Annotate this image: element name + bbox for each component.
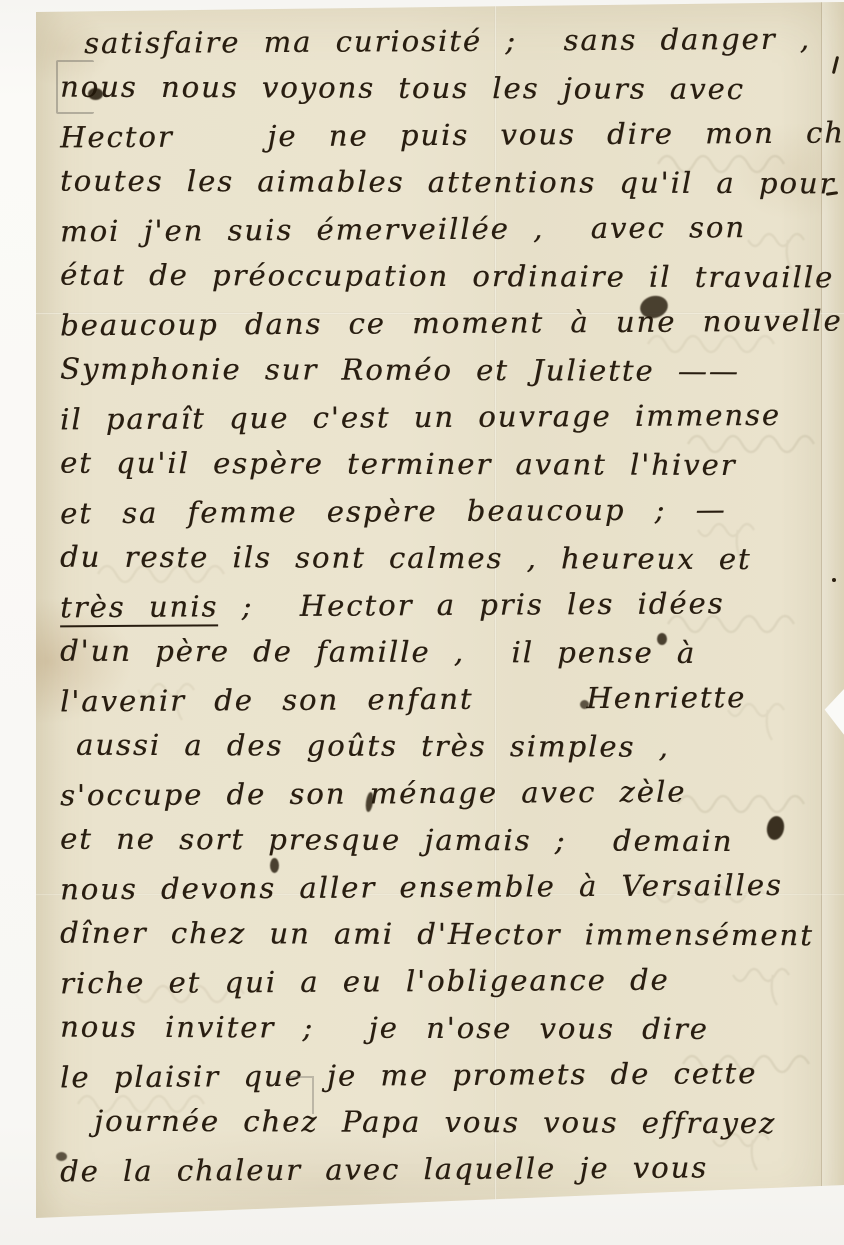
letter-line: dîner chez un ami d'Hector immensément: [42, 910, 844, 960]
ink-blot: [56, 1152, 67, 1161]
letter-line: Symphonie sur Roméo et Juliette ——: [42, 346, 844, 396]
ink-blot: [270, 858, 279, 873]
letter-line: il paraît que c'est un ouvrage immense: [42, 392, 844, 444]
letter-line-underlined: très unis ; Hector a pris les idées: [42, 580, 844, 632]
pencil-bracket-close: [286, 1076, 314, 1114]
letter-line: nous devons aller ensemble à Versailles: [42, 862, 844, 914]
letter-line: et qu'il espère terminer avant l'hiver: [42, 440, 844, 490]
ink-blot: [580, 700, 589, 709]
letter-line: Hector je ne puis vous dire mon cher: [42, 110, 844, 162]
letter-line: d'un père de famille , il pense à: [42, 628, 844, 678]
letter-body: satisfaire ma curiosité ; sans danger , …: [42, 18, 844, 1193]
edge-ink-mark: [832, 578, 836, 582]
ink-blot: [657, 633, 667, 645]
letter-line: moi j'en suis émerveillée , avec son: [42, 204, 844, 256]
letter-line: et ne sort presque jamais ; demain: [42, 816, 844, 866]
letter-line: et sa femme espère beaucoup ; —: [42, 486, 844, 538]
letter-line: état de préoccupation ordinaire il trava…: [42, 252, 844, 302]
letter-line: aussi a des goûts très simples ,: [42, 722, 844, 772]
letter-line: toutes les aimables attentions qu'il a p…: [42, 158, 844, 208]
letter-line: satisfaire ma curiosité ; sans danger ,: [42, 16, 844, 68]
letter-line: beaucoup dans ce moment à une nouvelle: [42, 298, 844, 350]
letter-line: journée chez Papa vous vous effrayez: [42, 1098, 844, 1148]
pencil-bracket-open: [56, 60, 94, 114]
letter-page: satisfaire ma curiosité ; sans danger , …: [32, 0, 844, 1224]
letter-line: riche et qui a eu l'obligeance de: [42, 956, 844, 1008]
underlined-phrase: très unis: [60, 589, 219, 627]
letter-line: s'occupe de son ménage avec zèle: [42, 768, 844, 820]
letter-line: du reste ils sont calmes , heureux et: [42, 534, 844, 584]
letter-line: de la chaleur avec laquelle je vous: [42, 1144, 844, 1196]
letter-line: l'avenir de son enfant Henriette: [42, 674, 844, 726]
letter-line: le plaisir que je me promets de cette: [42, 1050, 844, 1102]
letter-line: nous inviter ; je n'ose vous dire: [42, 1004, 844, 1054]
letter-line: nous nous voyons tous les jours avec: [42, 64, 844, 114]
letter-line-rest: ; Hector a pris les idées: [218, 586, 724, 623]
